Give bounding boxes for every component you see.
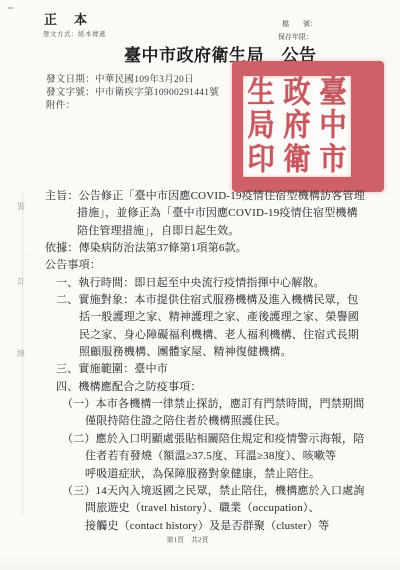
body-line-item-2: 二、實施對象：本市提供住宿式服務機構及進入機構民眾，包 bbox=[0, 292, 400, 309]
body-line: 措施」，並修正為「臺中市因應COVID-19疫情住宿型機構 bbox=[0, 205, 400, 222]
issue-number: 發文字號：中市衛疾字第10900291441號 bbox=[46, 84, 219, 98]
copy-type-label: 正 本 bbox=[44, 9, 89, 28]
body-line-subitem-2: （二）應於入口明顯處張貼相關陪住規定和疫情警示海報，陪 bbox=[0, 431, 400, 448]
scan-edge-shading bbox=[0, 556, 400, 570]
file-number-label: 檔 號： bbox=[282, 19, 317, 29]
seal-char: 衛 bbox=[283, 145, 310, 176]
body-line-subitem-3: （三）14天內入境返國之民眾，禁止陪住，機構應於入口處詢 bbox=[0, 483, 400, 500]
body-line: 陪住管理措施」，自即日起生效。 bbox=[0, 223, 400, 240]
body-line: 住者若有發燒（額溫≥37.5度、耳溫≥38度）、咳嗽等 bbox=[0, 448, 400, 465]
body-line: 括一般護理之家、精神護理之家、產後護理之家、榮譽國 bbox=[0, 309, 400, 326]
issue-date: 發文日期：中華民國109年3月20日 bbox=[46, 71, 194, 85]
body-line-legal-basis: 依據：傳染病防治法第37條第1項第6款。 bbox=[0, 240, 400, 257]
body-line: 呼吸道症狀，為保障服務對象健康，禁止陪住。 bbox=[0, 466, 400, 483]
official-red-seal: 生 政 臺 局 府 中 印 衛 市 bbox=[232, 61, 384, 192]
seal-char: 政 bbox=[283, 77, 310, 108]
body-line-item-1: 一、執行時間：即日起至中央流行疫情指揮中心解散。 bbox=[0, 275, 400, 292]
seal-char: 生 bbox=[247, 77, 274, 108]
seal-char: 市 bbox=[319, 145, 346, 176]
body-line-item-3: 三、實施範圍：臺中市 bbox=[0, 361, 400, 378]
body-line: 民之家、身心障礙福利機構、老人福利機構、住宿式長期 bbox=[0, 327, 400, 344]
page-number-indicator: 第1頁 共2頁 bbox=[0, 535, 375, 545]
body-line-items-header: 公告事項： bbox=[0, 257, 400, 274]
body-line: 照顧服務機構、團體家屋、精神復健機構。 bbox=[0, 344, 400, 361]
seal-char: 府 bbox=[283, 111, 310, 142]
announcement-body: 主旨：公告修正「臺中市因應COVID-19疫情住宿型機構訪客管理 措施」，並修正… bbox=[0, 188, 400, 535]
official-document-page: 正 本 發文方式：紙本傳遞 檔 號： 保存年限： 臺中市政府衛生局 公告 發文日… bbox=[0, 0, 400, 570]
body-line: 問旅遊史（travel history）、職業（occupation）、 bbox=[0, 500, 400, 517]
body-line-subject: 主旨：公告修正「臺中市因應COVID-19疫情住宿型機構訪客管理 bbox=[0, 188, 400, 205]
body-line-item-4: 四、機構應配合之防疫事項： bbox=[0, 379, 400, 396]
body-line: 接觸史（contact history）及是否群聚（cluster）等 bbox=[0, 518, 400, 535]
delivery-method-label: 發文方式：紙本傳遞 bbox=[43, 29, 106, 38]
scan-artifact bbox=[8, 7, 13, 9]
seal-char: 印 bbox=[247, 145, 274, 176]
seal-char: 局 bbox=[247, 111, 274, 142]
seal-char: 中 bbox=[319, 111, 346, 142]
body-line-subitem-1: （一）本市各機構一律禁止探訪，應訂有門禁時間，門禁期間 bbox=[0, 396, 400, 413]
attachment-label: 附件： bbox=[46, 97, 75, 111]
seal-char: 臺 bbox=[319, 77, 346, 108]
body-line: 僅限持陪住證之陪住者於機構照護住民。 bbox=[0, 413, 400, 430]
